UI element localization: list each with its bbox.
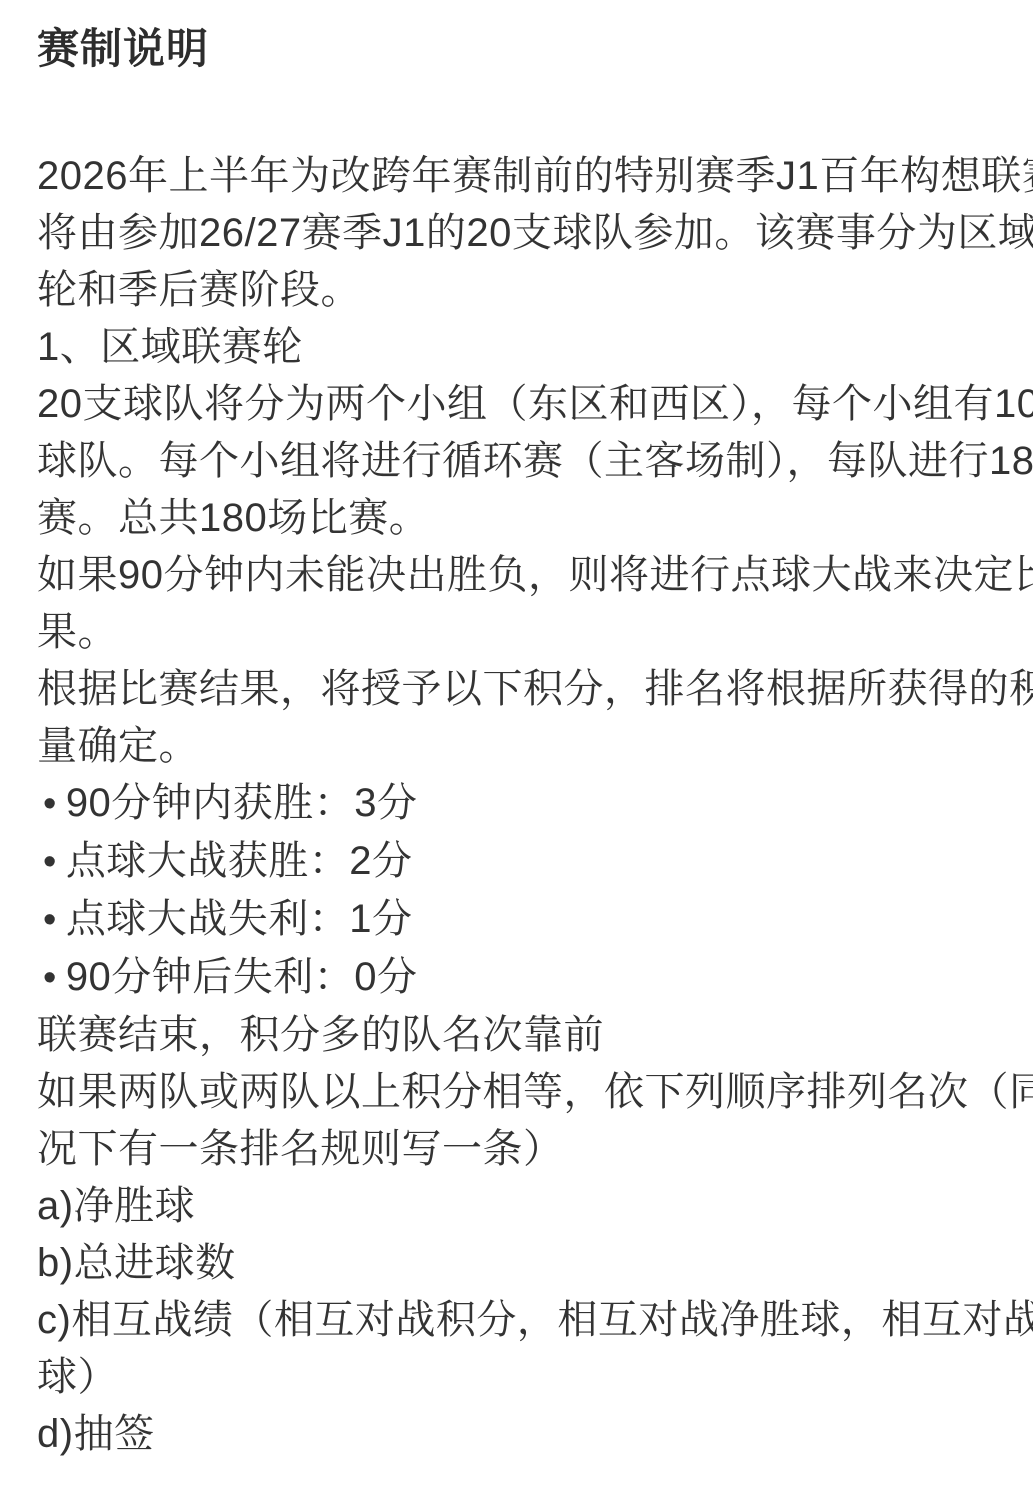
text-line: 果。 (37, 604, 1017, 661)
page-title: 赛制说明 (37, 24, 1017, 74)
bullet-text: 90分钟内获胜：3分 (66, 775, 418, 832)
bullet-item: •点球大战获胜：2分 (37, 833, 1017, 891)
text-line: 球队。每个小组将进行循环赛（主客场制），每队进行18场比 (37, 433, 1017, 490)
text-line: 如果90分钟内未能决出胜负，则将进行点球大战来决定比赛结 (37, 547, 1017, 604)
text-line: 联赛结束，积分多的队名次靠前 (37, 1007, 1017, 1064)
text-line: c)相互战绩（相互对战积分，相互对战净胜球，相互对战总进 (37, 1292, 1017, 1349)
text-line: 将由参加26/27赛季J1的20支球队参加。该赛事分为区域联赛 (37, 205, 1017, 262)
bullet-item: •90分钟后失利：0分 (37, 949, 1017, 1007)
text-line: 1、区域联赛轮 (37, 319, 1017, 376)
text-line: 2026年上半年为改跨年赛制前的特别赛季J1百年构想联赛， (37, 148, 1017, 205)
text-line: 球） (37, 1349, 1017, 1406)
text-line: 赛。总共180场比赛。 (37, 490, 1017, 547)
text-line: 量确定。 (37, 718, 1017, 775)
text-line: 根据比赛结果，将授予以下积分，排名将根据所获得的积分数 (37, 661, 1017, 718)
text-line: 20支球队将分为两个小组（东区和西区），每个小组有10支 (37, 376, 1017, 433)
bullet-text: 点球大战失利：1分 (66, 891, 413, 948)
bullet-item: •90分钟内获胜：3分 (37, 775, 1017, 833)
text-line: 轮和季后赛阶段。 (37, 262, 1017, 319)
document-body: 2026年上半年为改跨年赛制前的特别赛季J1百年构想联赛，将由参加26/27赛季… (37, 148, 1017, 1463)
bullet-icon: • (43, 950, 57, 1007)
bullet-icon: • (43, 834, 57, 891)
bullet-text: 90分钟后失利：0分 (66, 949, 418, 1006)
bullet-icon: • (43, 892, 57, 949)
text-line: d)抽签 (37, 1406, 1017, 1463)
text-line: a)净胜球 (37, 1178, 1017, 1235)
document: 赛制说明 2026年上半年为改跨年赛制前的特别赛季J1百年构想联赛，将由参加26… (0, 0, 1033, 1493)
bullet-icon: • (43, 776, 57, 833)
text-line: 如果两队或两队以上积分相等，依下列顺序排列名次（同分情 (37, 1064, 1017, 1121)
bullet-item: •点球大战失利：1分 (37, 891, 1017, 949)
bullet-text: 点球大战获胜：2分 (66, 833, 413, 890)
text-line: b)总进球数 (37, 1235, 1017, 1292)
text-line: 况下有一条排名规则写一条） (37, 1121, 1017, 1178)
